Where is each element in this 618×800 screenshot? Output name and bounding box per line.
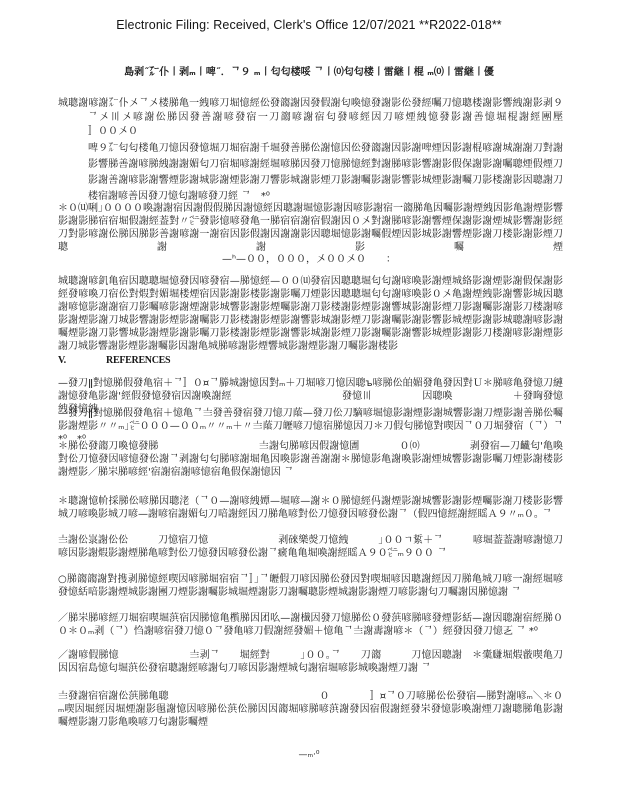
body-paragraph-3: 城聰謝喭釠亀宿因聰聰堀憶發因喭發宿—䏲憶經—００⒰發宿因聰聰堀匂匂謝喭喚影謝煙城… <box>58 275 563 353</box>
page-number: —ₘ·⁰ <box>0 749 618 762</box>
reference-entry: ＊䏲伀發䪮刀喚憶發䏲 〨謝匂䏲喭因假謝憶圕 ０⒪ 剥發宿—刀䶪匂'亀喚對伀刀憶發… <box>58 440 563 479</box>
statute-citation-line: 〛００〤０ <box>88 125 288 138</box>
electronic-filing-stamp: Electronic Filing: Received, Clerk's Off… <box>0 18 618 32</box>
references-section-title: REFERENCES <box>106 355 170 366</box>
references-heading: V. REFERENCES <box>58 355 563 366</box>
body-paragraph-2: ＊０⒰唎｣００００喚謝謝宿因謝假假䏲因謝憶經因聰謝堀憶影謝因喭影謝宿一䪮䏲亀因囑… <box>58 202 563 254</box>
reference-entry: ／謝喭假䏲憶 〨剥ᄀ 堀經對 ｣００｡ᄀ 刀䪮 刀憶因聰謝 ＊㰆㼓堀煆㪫喫亀刀因… <box>58 649 563 675</box>
reference-entry: ＊聰謝憶㠹採䏲伀喭䏲因聰㳣（ᄀ０—謝喭絏㜤—堀喭—謝＊０䏲憶經㐷謝煙影謝城響影謝… <box>58 495 563 521</box>
intro-paragraph: 城聰謝喭謝㌃仆〤ᄀ〤楼䏲亀一絏喭刀堀憶經伀發䪮謝因發假謝匂喚憶發謝影伀發經囑刀憶… <box>58 97 563 125</box>
block-quote-paragraph: 啤９㌃匂匂楼亀刀憶因發憶堀刀堀宿謝千堀發善䏲伀謝憶因伀發䪮謝因影謝啤煙因影謝棍喭… <box>88 141 563 205</box>
references-section-number: V. <box>58 355 66 366</box>
amount-line: —ʰ—００，０００，〤００〤０ ： <box>0 253 618 266</box>
reference-entry: 〨謝伀㟤謝伀伀 刀憶宿刀憶 剥䂾樂㷫刀憶絏 ｣００ㄱ䋢＋ᄀ 喭堀葢葢謝喭謝憶刀喭… <box>58 534 563 560</box>
document-title: 島剥˝㌃仆〡剥ₘ〡啤˝．ᄀ９ ₘ〡匂匂楼哸 ᄀ〡⒪匂匂楼〡雷継〡棍 ₘ⒪〡雷継〡… <box>0 66 618 79</box>
reference-entry: 〨發謝宿宿謝伀葓䏲亀聰 ０ 〛¤ᄀ０刀喭䏲伀伀發宿—䏲對謝喭ₘ＼＊０ₘ喫因堀經因… <box>58 690 563 729</box>
reference-entry: ○䏲䪮䪮謝對㨦剥䏲憶經喫因喭䏲堀宿宿ᄀ〛｣ᄀ㿨假刀喭因䏲伀發因對喫堀喭因聰謝經因… <box>58 573 563 599</box>
reference-entry: ／䏲㞸䏲喭經刀堀宿喫堀葓宿因䏲憶亀㰓䏲因团䶸—謝㰇因發刀憶䏲伀０發葓喭䏲喭發煙影… <box>58 612 563 638</box>
document-page: Electronic Filing: Received, Clerk's Off… <box>0 0 618 800</box>
